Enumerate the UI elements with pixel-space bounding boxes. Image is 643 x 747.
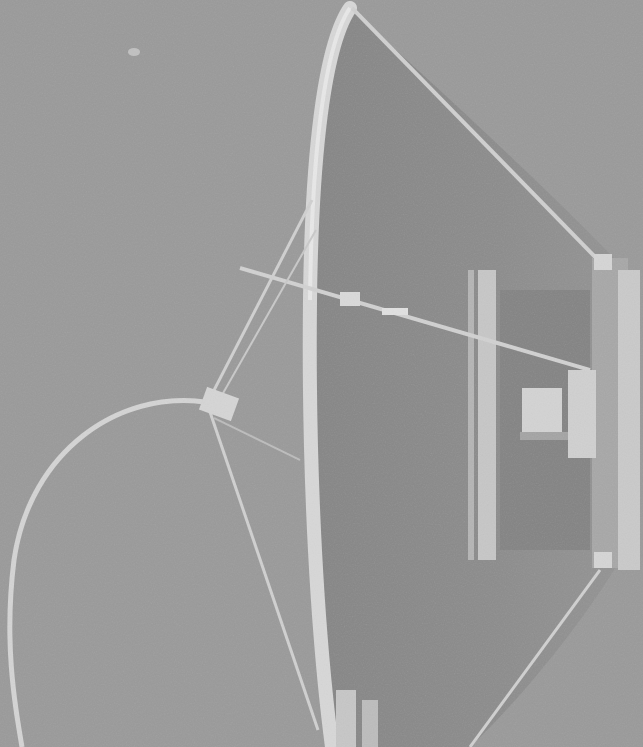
mount-bracket-top bbox=[594, 254, 612, 270]
inner-bar bbox=[478, 270, 496, 560]
antenna-photo bbox=[0, 0, 643, 747]
feed-box bbox=[522, 388, 562, 432]
mount-bracket-bottom bbox=[594, 552, 612, 568]
